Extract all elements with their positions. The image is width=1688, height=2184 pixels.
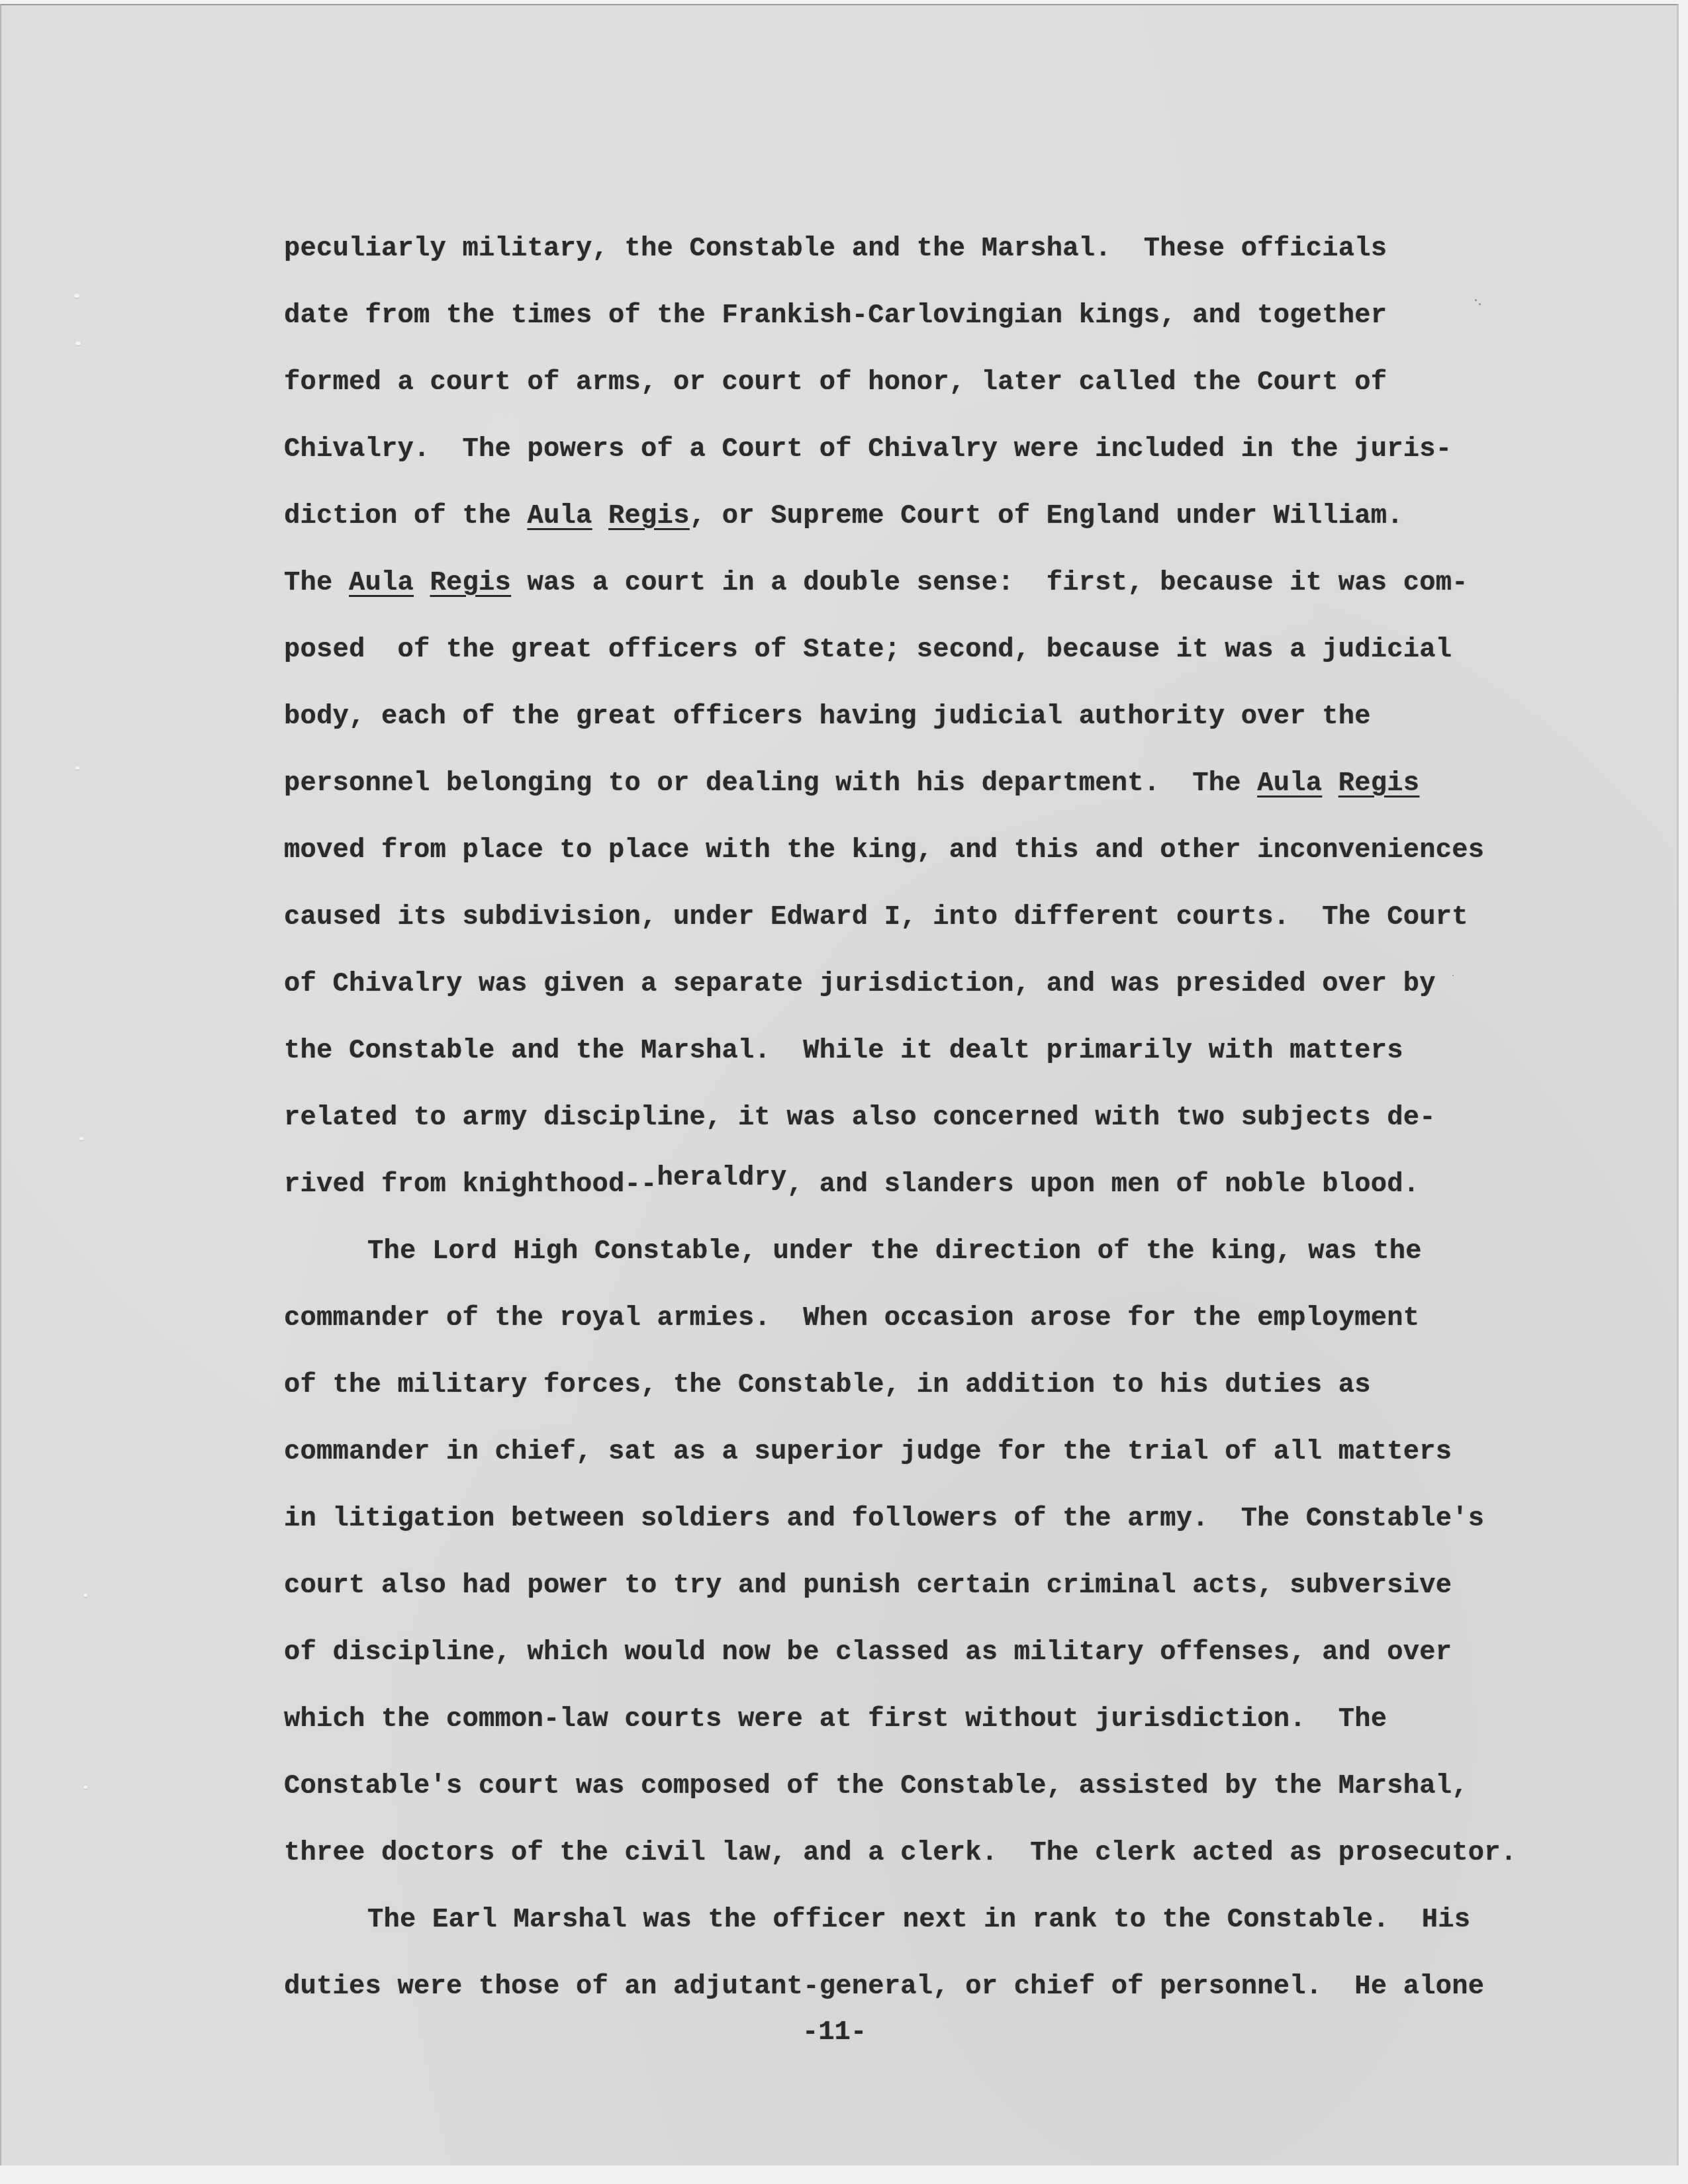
underlined-term: Regis (608, 501, 690, 531)
text-line: of the military forces, the Constable, i… (284, 1352, 1555, 1419)
text-line: which the common-law courts were at firs… (284, 1686, 1555, 1753)
text-line: The Earl Marshal was the officer next in… (284, 1887, 1555, 1954)
text-segment: peculiarly military, the Constable and t… (284, 234, 1387, 264)
text-line: date from the times of the Frankish-Carl… (284, 283, 1555, 349)
text-segment: in litigation between soldiers and follo… (284, 1504, 1484, 1534)
underlined-term: Regis (1338, 768, 1420, 799)
text-segment: related to army discipline, it was also … (284, 1103, 1436, 1133)
text-segment: , and slanders upon men of noble blood. (787, 1169, 1420, 1200)
text-line: commander of the royal armies. When occa… (284, 1285, 1555, 1352)
document-body: peculiarly military, the Constable and t… (284, 216, 1555, 2021)
text-line: posed of the great officers of State; se… (284, 617, 1555, 684)
text-line: related to army discipline, it was also … (284, 1085, 1555, 1152)
margin-mark (83, 1594, 87, 1597)
margin-mark (74, 294, 79, 298)
text-segment: commander of the royal armies. When occa… (284, 1303, 1419, 1334)
text-segment: which the common-law courts were at firs… (284, 1704, 1387, 1735)
text-line: of discipline, which would now be classe… (284, 1619, 1555, 1686)
text-line: The Aula Regis was a court in a double s… (284, 550, 1555, 617)
text-segment: the Constable and the Marshal. While it … (284, 1036, 1403, 1066)
underlined-term: Aula (1257, 768, 1322, 799)
underlined-term: Aula (528, 501, 592, 531)
text-line: rived from knighthood--heraldry, and sla… (284, 1152, 1555, 1218)
text-line: court also had power to try and punish c… (284, 1553, 1555, 1619)
text-segment: heraldry (657, 1163, 787, 1193)
text-line: of Chivalry was given a separate jurisdi… (284, 951, 1555, 1018)
text-line: formed a court of arms, or court of hono… (284, 349, 1555, 416)
text-segment: was a court in a double sense: first, be… (511, 568, 1468, 598)
text-segment: date from the times of the Frankish-Carl… (284, 300, 1387, 331)
text-segment: The Lord High Constable, under the direc… (367, 1236, 1422, 1267)
text-segment: of the military forces, the Constable, i… (284, 1370, 1371, 1400)
text-line: Chivalry. The powers of a Court of Chiva… (284, 416, 1555, 483)
paragraph: The Lord High Constable, under the direc… (284, 1218, 1555, 1887)
text-segment: court also had power to try and punish c… (284, 1570, 1452, 1601)
text-segment: Constable's court was composed of the Co… (284, 1771, 1468, 1801)
text-line: three doctors of the civil law, and a cl… (284, 1820, 1555, 1887)
text-line: body, each of the great officers having … (284, 684, 1555, 751)
text-segment: Chivalry. The powers of a Court of Chiva… (284, 434, 1452, 465)
text-segment: of discipline, which would now be classe… (284, 1637, 1452, 1668)
text-segment (1322, 768, 1338, 799)
text-segment: diction of the (284, 501, 528, 531)
margin-mark (83, 1786, 87, 1789)
text-segment: caused its subdivision, under Edward I, … (284, 902, 1468, 933)
text-segment: body, each of the great officers having … (284, 702, 1371, 732)
text-line: peculiarly military, the Constable and t… (284, 216, 1555, 283)
text-segment: moved from place to place with the king,… (284, 835, 1484, 866)
text-segment (414, 568, 430, 598)
text-segment: duties were those of an adjutant-general… (284, 1972, 1484, 2002)
text-line: moved from place to place with the king,… (284, 817, 1555, 884)
text-line: the Constable and the Marshal. While it … (284, 1018, 1555, 1085)
text-segment: The (284, 568, 349, 598)
underlined-term: Aula (349, 568, 414, 598)
text-segment: formed a court of arms, or court of hono… (284, 367, 1387, 398)
margin-mark (79, 1137, 83, 1140)
paragraph: The Earl Marshal was the officer next in… (284, 1887, 1555, 2021)
page-number: -11- (802, 2017, 867, 2048)
text-segment (592, 501, 609, 531)
text-line: The Lord High Constable, under the direc… (284, 1218, 1555, 1285)
text-line: diction of the Aula Regis, or Supreme Co… (284, 483, 1555, 550)
text-segment: three doctors of the civil law, and a cl… (284, 1838, 1517, 1868)
text-line: commander in chief, sat as a superior ju… (284, 1419, 1555, 1486)
text-segment: of Chivalry was given a separate jurisdi… (284, 969, 1436, 999)
text-segment: commander in chief, sat as a superior ju… (284, 1437, 1452, 1467)
text-segment: , or Supreme Court of England under Will… (690, 501, 1403, 531)
text-segment: The Earl Marshal was the officer next in… (367, 1905, 1470, 1935)
text-segment: personnel belonging to or dealing with h… (284, 768, 1257, 799)
text-line: duties were those of an adjutant-general… (284, 1954, 1555, 2021)
document-page: peculiarly military, the Constable and t… (0, 4, 1679, 2165)
text-segment: posed of the great officers of State; se… (284, 635, 1452, 665)
text-line: in litigation between soldiers and follo… (284, 1486, 1555, 1553)
text-line: personnel belonging to or dealing with h… (284, 751, 1555, 817)
text-segment: rived from knighthood-- (284, 1169, 657, 1200)
text-line: caused its subdivision, under Edward I, … (284, 884, 1555, 951)
text-line: Constable's court was composed of the Co… (284, 1753, 1555, 1820)
underlined-term: Regis (430, 568, 512, 598)
paragraph: peculiarly military, the Constable and t… (284, 216, 1555, 1218)
margin-mark (75, 766, 79, 770)
margin-mark (75, 341, 81, 345)
